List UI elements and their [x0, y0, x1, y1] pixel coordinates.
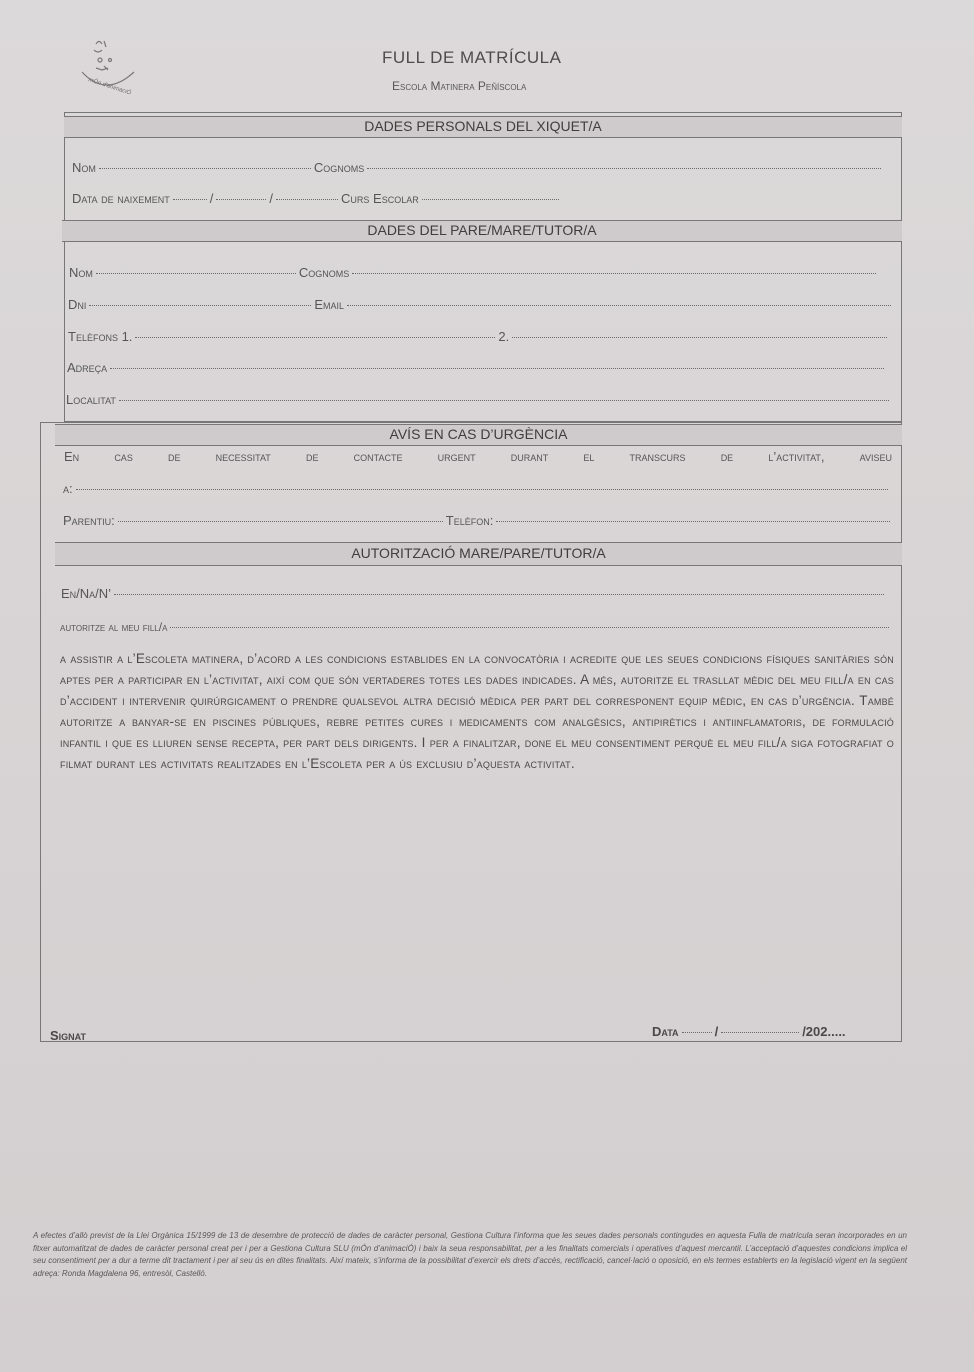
- form-title: FULL DE MATRÍCULA: [382, 48, 561, 68]
- birth-month-field[interactable]: [216, 199, 266, 200]
- section-heading-emergency: AVÍS EN CAS D’URGÈNCIA: [55, 424, 902, 446]
- child-birth-row: Data de naixement / / Curs Escolar: [72, 191, 562, 206]
- parent-locality-field[interactable]: [119, 400, 889, 401]
- parent-phone1-label: Telèfons 1.: [68, 329, 132, 344]
- signature-date-label: Data: [652, 1024, 679, 1039]
- data-protection-notice: A efectes d’allò previst de la Llei Orgà…: [33, 1230, 907, 1280]
- child-course-label: Curs Escolar: [341, 191, 419, 206]
- relationship-label: Parentiu:: [63, 513, 115, 528]
- date-separator: /: [269, 191, 273, 206]
- parent-locality-row: Localitat: [66, 392, 892, 407]
- parent-email-label: Email: [314, 297, 344, 312]
- parent-phones-row: Telèfons 1. 2.: [68, 329, 890, 344]
- school-logo-icon: mÓn d'animaciÓ: [74, 36, 140, 96]
- parent-nom-field[interactable]: [96, 273, 296, 274]
- authorized-child-field[interactable]: [170, 627, 889, 628]
- authorizer-name-label: En/Na/N’: [61, 586, 111, 601]
- signature-month-field[interactable]: [721, 1032, 799, 1033]
- child-birthdate-label: Data de naixement: [72, 191, 170, 206]
- parent-phone1-field[interactable]: [135, 337, 495, 338]
- section-heading-child: DADES PERSONALS DEL XIQUET/A: [64, 116, 902, 138]
- authorized-child-label: autoritze al meu fill/a: [60, 620, 167, 634]
- emergency-intro: En cas de necessitat de contacte urgent …: [64, 449, 892, 464]
- section-heading-parent: DADES DEL PARE/MARE/TUTOR/A: [62, 220, 902, 242]
- parent-cognoms-field[interactable]: [352, 273, 876, 274]
- relationship-field[interactable]: [118, 521, 443, 522]
- emergency-contact-field[interactable]: [76, 489, 888, 490]
- birth-day-field[interactable]: [173, 199, 207, 200]
- parent-dni-field[interactable]: [89, 305, 311, 306]
- parent-address-row: Adreça: [67, 360, 887, 375]
- parent-nom-row: Nom Cognoms: [69, 265, 879, 280]
- date-separator: /: [210, 191, 214, 206]
- parent-address-label: Adreça: [67, 360, 107, 375]
- child-nom-label: Nom: [72, 160, 96, 175]
- birth-year-field[interactable]: [276, 199, 338, 200]
- parent-dni-row: Dni Email: [68, 297, 894, 312]
- signature-day-field[interactable]: [682, 1032, 712, 1033]
- parent-cognoms-label: Cognoms: [299, 265, 349, 280]
- child-nom-field[interactable]: [99, 168, 311, 169]
- child-cognoms-label: Cognoms: [314, 160, 364, 175]
- parent-phone2-label: 2.: [498, 329, 509, 344]
- child-cognoms-field[interactable]: [367, 168, 881, 169]
- parent-phone2-field[interactable]: [512, 337, 887, 338]
- authorizer-name-field[interactable]: [114, 594, 884, 595]
- child-nom-row: Nom Cognoms: [72, 160, 884, 175]
- signature-year-label: /202.....: [802, 1024, 845, 1039]
- section-heading-authorization: AUTORITZACIÓ MARE/PARE/TUTOR/A: [55, 542, 902, 566]
- enrollment-form-page: mÓn d'animaciÓ FULL DE MATRÍCULA Escola …: [0, 0, 974, 1372]
- emergency-relationship-row: Parentiu: Telèfon:: [63, 513, 893, 528]
- signature-label: Signat: [50, 1028, 86, 1043]
- parent-locality-label: Localitat: [66, 392, 116, 407]
- parent-email-field[interactable]: [347, 305, 891, 306]
- emergency-contact-row: a:: [63, 481, 891, 496]
- authorization-name-row: En/Na/N’: [61, 586, 887, 601]
- emergency-phone-label: Telèfon:: [446, 513, 494, 528]
- signature-date-row: Data / /202.....: [652, 1024, 888, 1039]
- date-separator: /: [715, 1024, 719, 1039]
- parent-address-field[interactable]: [110, 368, 884, 369]
- authorization-child-row: autoritze al meu fill/a: [60, 620, 892, 634]
- emergency-phone-field[interactable]: [496, 521, 890, 522]
- emergency-contact-label: a:: [63, 481, 73, 496]
- school-name: Escola Matinera Peñíscola: [392, 79, 526, 93]
- parent-dni-label: Dni: [68, 297, 86, 312]
- child-course-field[interactable]: [422, 199, 559, 200]
- authorization-text: a assistir a l’Escoleta matinera, d’acor…: [60, 648, 894, 774]
- parent-nom-label: Nom: [69, 265, 93, 280]
